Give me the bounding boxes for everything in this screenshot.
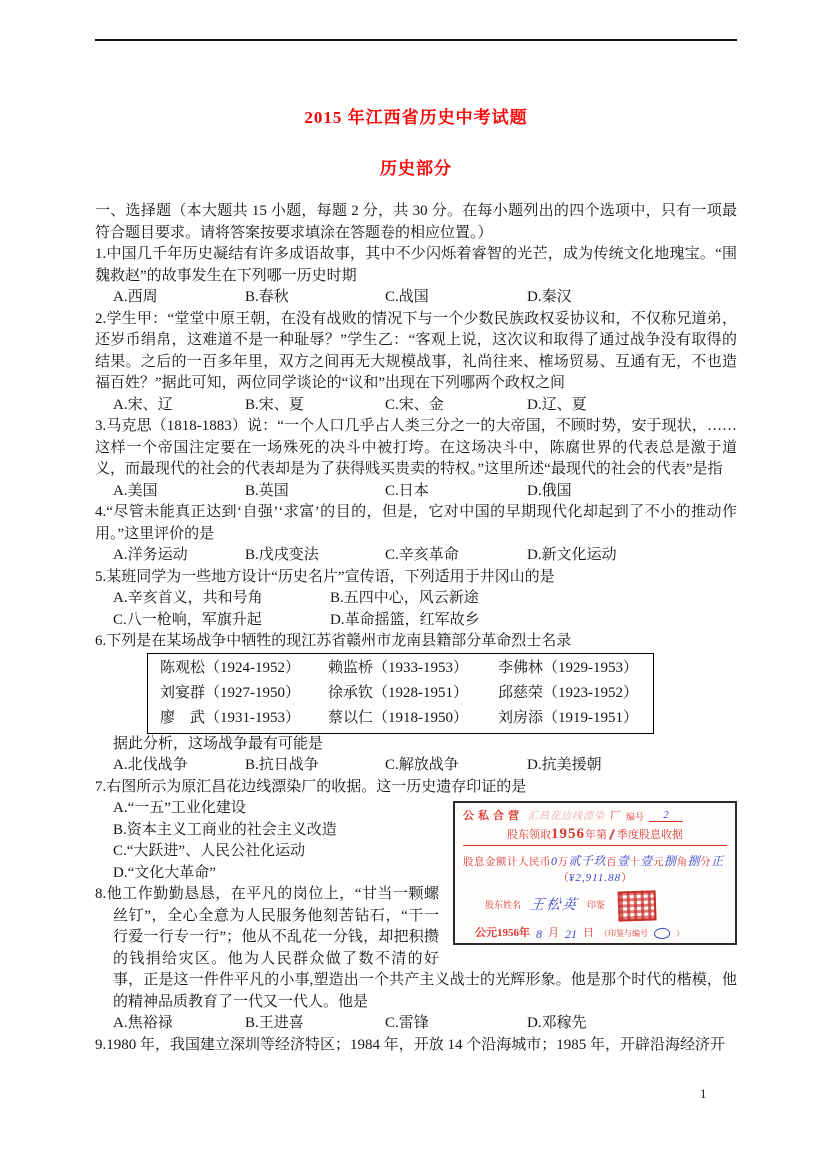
- option-b: B.五四中心，风云新途: [330, 588, 737, 610]
- question-2-stem: 2.学生甲：“堂堂中原王朝，在没有战败的情况下与一个少数民族政权妥协议和，不仅称…: [95, 309, 737, 395]
- martyr-roster-table: 陈观松（1924-1952） 赖监桥（1933-1953） 李佛林（1929-1…: [147, 653, 654, 734]
- option-d: D.革命摇篮，红军故乡: [330, 610, 737, 632]
- question-6-stem2: 据此分析，这场战争最有可能是: [95, 734, 737, 756]
- question-5-options: A.辛亥首义，共和号角 B.五四中心，风云新途 C.八一枪响，军旗升起 D.革命…: [95, 588, 737, 631]
- amount-unit: 万: [558, 857, 569, 868]
- question-1-options: A.西周 B.春秋 C.战国 D.秦汉: [95, 287, 737, 309]
- martyr-name: 邱慈荣（1923-1952）: [498, 681, 647, 706]
- amount-unit: 十: [630, 857, 641, 868]
- date-month-unit: 月: [548, 928, 559, 939]
- page-number: 1: [700, 1086, 707, 1102]
- question-3-stem: 3.马克思（1818-1883）说：“一个人口几乎占人类三分之一的大帝国，不顾时…: [95, 416, 737, 481]
- question-7-8-wrap-zone: 公私合营 汇昌花边线漂染 厂 编号 2 股东领取1956年第季度股息收据 股息金…: [95, 798, 737, 1013]
- page-title: 2015 年江西省历史中考试题: [95, 103, 737, 128]
- exam-page: { "page": { "title": "2015 年江西省历史中考试题", …: [0, 0, 827, 1169]
- receipt-header-line: 公私合营 汇昌花边线漂染 厂 编号 2: [463, 810, 727, 822]
- handwritten-quarter-mark: [609, 829, 615, 840]
- amount-unit: 元: [653, 857, 664, 868]
- amount-digit: 捌: [688, 854, 701, 868]
- page-subtitle: 历史部分: [95, 154, 737, 179]
- receipt-title-rest: 季度股息收据: [617, 829, 683, 841]
- option-b: B.王进喜: [245, 1013, 385, 1035]
- question-4-stem: 4.“尽管未能真正达到‘自强’‘求富’的目的，但是，它对中国的早期现代化却起到了…: [95, 502, 737, 545]
- option-d: D.俄国: [527, 481, 737, 503]
- question-9-stem: 9.1980 年，我国建立深圳等经济特区；1984 年，开放 14 个沿海城市；…: [95, 1035, 737, 1057]
- martyr-name: 赖监桥（1933-1953）: [328, 656, 498, 681]
- question-3-options: A.美国 B.英国 C.日本 D.俄国: [95, 481, 737, 503]
- receipt-amount-numeric-line: （¥2,911.88）: [463, 873, 727, 884]
- option-d: D.邓稼先: [527, 1013, 737, 1035]
- date-note: （印鉴与编号: [600, 930, 648, 938]
- table-row: 刘宴群（1927-1950） 徐承钦（1928-1951） 邱慈荣（1923-1…: [160, 681, 647, 706]
- martyr-name: 徐承钦（1928-1951）: [328, 681, 498, 706]
- martyr-name: 蔡以仁（1918-1950）: [328, 706, 498, 731]
- option-c: C.解放战争: [385, 755, 527, 777]
- martyr-name: 李佛林（1929-1953）: [498, 656, 647, 681]
- receipt-title-post: 年第: [585, 829, 607, 841]
- option-b: B.宋、夏: [245, 395, 385, 417]
- question-5-stem: 5.某班同学为一些地方设计“历史名片”宣传语，下列适用于井冈山的是: [95, 567, 737, 589]
- date-year: 公元1956年: [475, 928, 530, 939]
- option-a: A.宋、辽: [113, 395, 245, 417]
- blue-scribble-mark: [653, 927, 670, 940]
- paren: ）: [621, 872, 632, 884]
- shareholder-name-label: 股东姓名: [485, 901, 521, 910]
- amount-label: 股息金额计人民币: [463, 857, 551, 868]
- martyr-name: 刘房添（1919-1951）: [498, 706, 647, 731]
- option-c: C.雷锋: [385, 1013, 527, 1035]
- option-d: D.新文化运动: [527, 545, 737, 567]
- option-c: C.八一枪响，军旗升起: [113, 610, 330, 632]
- option-a: A.西周: [113, 287, 245, 309]
- receipt-title-line: 股东领取1956年第季度股息收据: [463, 827, 727, 846]
- option-a: A.焦裕禄: [113, 1013, 245, 1035]
- receipt-no-label: 编号: [626, 813, 644, 822]
- amount-digit: 壹: [617, 854, 630, 868]
- amount-digit: 壹: [641, 854, 654, 868]
- paren: （: [558, 872, 569, 884]
- option-a: A.洋务运动: [113, 545, 245, 567]
- amount-unit: 百: [606, 857, 617, 868]
- amount-numeric: ¥2,911.88: [569, 872, 621, 884]
- date-day-unit: 日: [583, 928, 594, 939]
- question-6-options: A.北伐战争 B.抗日战争 C.解放战争 D.抗美援朝: [95, 755, 737, 777]
- amount-unit: 角: [677, 857, 688, 868]
- shareholder-signature: 王松英: [529, 899, 579, 913]
- receipt-signature-line: 股东姓名 王松英 印鉴: [463, 891, 727, 921]
- option-b: B.戊戌变法: [245, 545, 385, 567]
- question-4-options: A.洋务运动 B.戊戌变法 C.辛亥革命 D.新文化运动: [95, 545, 737, 567]
- amount-digit: 捌: [664, 854, 677, 868]
- option-d: D.抗美援朝: [527, 755, 737, 777]
- martyr-name: 廖 武（1931-1953）: [160, 706, 328, 731]
- option-c: C.辛亥革命: [385, 545, 527, 567]
- option-a: A.辛亥首义，共和号角: [113, 588, 330, 610]
- option-c: C.战国: [385, 287, 527, 309]
- option-b: B.抗日战争: [245, 755, 385, 777]
- receipt-amount-line: 股息金额计人民币0万贰千玖百壹十壹元捌角捌分正: [463, 855, 727, 869]
- option-a: A.美国: [113, 481, 245, 503]
- seal-label: 印鉴: [587, 901, 605, 910]
- receipt-no-value: 2: [649, 810, 683, 822]
- receipt-joint-ownership-label: 公私合营: [463, 811, 523, 822]
- option-c: C.日本: [385, 481, 527, 503]
- martyr-name: 陈观松（1924-1952）: [160, 656, 328, 681]
- receipt-date-line: 公元1956年 8 月 21 日 （印鉴与编号 ）: [463, 928, 727, 940]
- red-seal-stamp: [618, 890, 657, 921]
- option-d: D.秦汉: [527, 287, 737, 309]
- dividend-receipt-image: 公私合营 汇昌花边线漂染 厂 编号 2 股东领取1956年第季度股息收据 股息金…: [453, 801, 737, 945]
- amount-digit: 正: [711, 854, 724, 868]
- header-rule: [95, 39, 737, 41]
- date-month-value: 8: [536, 928, 542, 940]
- amount-digit: 贰千玖: [569, 854, 607, 868]
- option-c: C.宋、金: [385, 395, 527, 417]
- option-a: A.北伐战争: [113, 755, 245, 777]
- option-b: B.春秋: [245, 287, 385, 309]
- receipt-factory-name: 汇昌花边线漂染: [528, 812, 605, 822]
- date-day-value: 21: [565, 928, 577, 940]
- question-8-options: A.焦裕禄 B.王进喜 C.雷锋 D.邓稼先: [95, 1013, 737, 1035]
- table-row: 陈观松（1924-1952） 赖监桥（1933-1953） 李佛林（1929-1…: [160, 656, 647, 681]
- receipt-factory-suffix: 厂: [610, 811, 621, 822]
- question-1-stem: 1.中国几千年历史凝结有许多成语故事，其中不少闪烁着睿智的光芒，成为传统文化地瑰…: [95, 244, 737, 287]
- option-d: D.辽、夏: [527, 395, 737, 417]
- question-6-stem: 6.下列是在某场战争中牺牲的现江苏省赣州市龙南县籍部分革命烈士名录: [95, 631, 737, 653]
- table-row: 廖 武（1931-1953） 蔡以仁（1918-1950） 刘房添（1919-1…: [160, 706, 647, 731]
- question-2-options: A.宋、辽 B.宋、夏 C.宋、金 D.辽、夏: [95, 395, 737, 417]
- section-instructions: 一、选择题（本大题共 15 小题，每题 2 分，共 30 分。在每小题列出的四个…: [95, 201, 737, 244]
- option-b: B.英国: [245, 481, 385, 503]
- page-content: 2015 年江西省历史中考试题 历史部分 一、选择题（本大题共 15 小题，每题…: [95, 0, 737, 1056]
- martyr-name: 刘宴群（1927-1950）: [160, 681, 328, 706]
- exam-body: 一、选择题（本大题共 15 小题，每题 2 分，共 30 分。在每小题列出的四个…: [95, 201, 737, 1056]
- receipt-year: 1956: [551, 826, 585, 842]
- receipt-title-pre: 股东领取: [507, 829, 551, 841]
- date-note-close: ）: [676, 930, 684, 938]
- amount-unit: 分: [700, 857, 711, 868]
- question-7-stem: 7.右图所示为原汇昌花边线漂染厂的收据。这一历史遗存印证的是: [95, 777, 737, 799]
